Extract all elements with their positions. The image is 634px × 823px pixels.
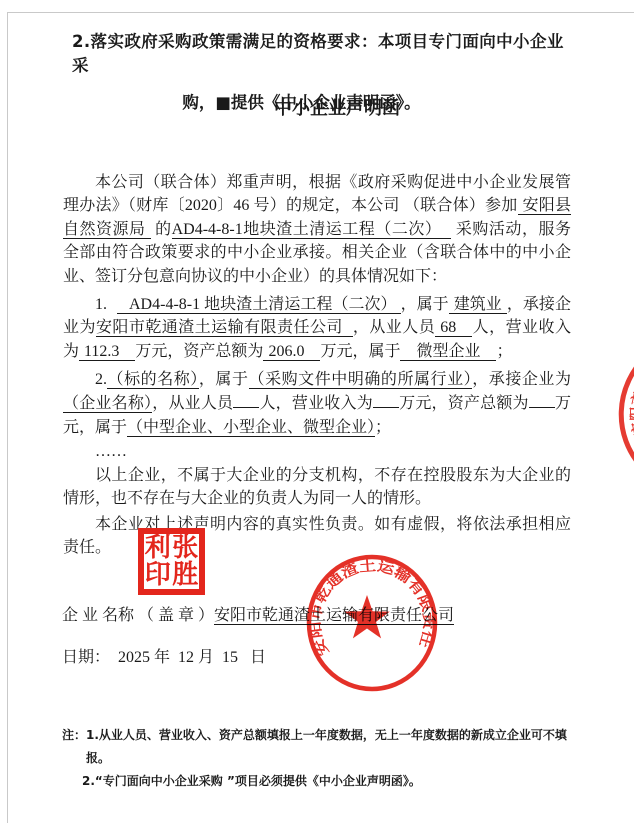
personal-name-seal: 利 张 印 胜 <box>138 528 205 595</box>
note-label: 注： <box>62 724 86 770</box>
item1-text-7: ； <box>496 343 512 360</box>
star-icon <box>344 595 390 638</box>
item2-number: 2. <box>95 371 107 388</box>
blank-field-assets <box>529 391 555 408</box>
item1-text-5: 万元，资产总额为 <box>135 343 263 360</box>
item1-company-filled: 安阳市乾通渣土运输有限责任公司 <box>96 319 353 337</box>
intro-text-2: 的 <box>155 221 172 238</box>
item1-text-6: 万元，属于 <box>320 343 400 360</box>
company-round-seal: 安阳市乾通渣土运输有限责任公司 <box>303 552 441 694</box>
scan-border-top <box>7 12 634 13</box>
edge-seal-ring <box>599 328 634 503</box>
partial-edge-seal: 安阳市乾通渣土运输有限责任公司 <box>598 328 634 503</box>
ellipsis-line: …… <box>63 440 571 463</box>
item2-text-3: ，从业人员 <box>152 395 233 412</box>
seal-char-3: 印 <box>145 562 171 588</box>
item1-number: 1. <box>95 296 107 313</box>
item2-field-industry: （采购文件中明确的所属行业） <box>249 371 473 389</box>
intro-paragraph: 本公司（联合体）郑重声明，根据《政府采购促进中小企业发展管理办法》（财库〔202… <box>63 171 571 288</box>
item1-project-filled: AD4-4-8-1 地块渣土清运工程（二次） <box>117 296 401 314</box>
project-name-filled: AD4-4-8-1地块渣土清运工程（二次） <box>172 221 452 239</box>
item2-text-2: ，承接企业为 <box>472 371 571 388</box>
item2-text-1: ，属于 <box>199 371 249 388</box>
item1-revenue-filled: 112.3 <box>79 343 135 361</box>
note-1: 1.从业人员、营业收入、资产总额填报上一年度数据，无上一年度数据的新成立企业可不… <box>86 724 574 770</box>
item2-field-company: （企业名称） <box>63 395 152 413</box>
item2-text-4: 人，营业收入为 <box>259 395 373 412</box>
seal-char-4: 胜 <box>172 562 198 588</box>
item2-text-5: 万元，资产总额为 <box>399 395 529 412</box>
item2-field-subject: （标的名称） <box>107 371 199 389</box>
seal-char-2: 张 <box>172 535 198 561</box>
document-page: { "header": { "line1": "2.落实政府采购政策需满足的资格… <box>0 0 634 823</box>
item2-text-7: ； <box>375 419 391 436</box>
edge-seal-text: 安阳市乾通渣土运输有限责任公司 <box>606 328 634 455</box>
item1-paragraph: 1.AD4-4-8-1 地块渣土清运工程（二次），属于建筑业，承接企业为安阳市乾… <box>63 293 571 363</box>
company-label: 企 业 名称 （ 盖 章 ） <box>62 607 214 624</box>
svg-text:安阳市乾通渣土运输有限责任公司: 安阳市乾通渣土运输有限责任公司 <box>606 328 634 455</box>
note-2: 2.“专门面向中小企业采购 ”项目必须提供《中小企业声明函》。 <box>62 770 574 793</box>
item1-text-3: ，从业人员 <box>353 319 435 336</box>
page-title: 中小企业声明函 <box>0 94 634 120</box>
date-line: 日期： 2025 年 12 月 15 日 <box>62 644 266 667</box>
item1-industry-filled: 建筑业 <box>449 296 507 314</box>
item2-paragraph: 2.（标的名称），属于（采购文件中明确的所属行业），承接企业为（企业名称），从业… <box>63 368 571 439</box>
item1-assets-filled: 206.0 <box>263 343 320 361</box>
seal-char-1: 利 <box>145 535 171 561</box>
blank-field-employees <box>233 391 259 408</box>
header-line1: 2.落实政府采购政策需满足的资格要求：本项目专门面向中小企业采 <box>72 28 575 76</box>
footnotes: 注： 1.从业人员、营业收入、资产总额填报上一年度数据，无上一年度数据的新成立企… <box>62 724 574 793</box>
closing-paragraph-1: 以上企业，不属于大企业的分支机构，不存在控股股东为大企业的情形，也不存在与大企业… <box>63 464 571 511</box>
scan-border-left <box>7 12 8 823</box>
blank-field-revenue <box>373 391 399 408</box>
item1-employees-filled: 68 <box>435 319 472 337</box>
item1-type-filled: 微型企业 <box>400 343 496 361</box>
item2-field-type: （中型企业、小型企业、微型企业） <box>127 419 375 437</box>
intro-text-1: 本公司（联合体）郑重声明，根据《政府采购促进中小企业发展管理办法》（财库〔202… <box>63 174 571 214</box>
item1-text-1: ，属于 <box>401 296 449 313</box>
